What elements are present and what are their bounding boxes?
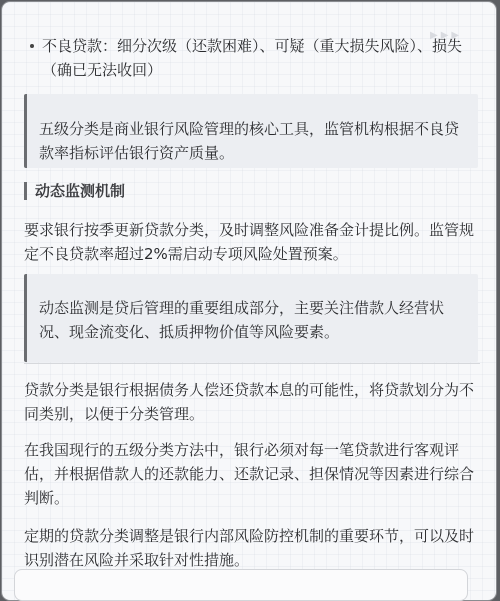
list-item: 不良贷款：细分次级（还款困难）、可疑（重大损失风险）、损失（确已无法收回） [28,34,490,82]
blockquote-text: 动态监测是贷后管理的重要组成部分，主要关注借款人经营状况、现金流变化、抵质押物价… [39,299,444,341]
bullet-icon [30,44,34,48]
paragraph: 要求银行按季更新贷款分类，及时调整风险准备金计提比例。监管规定不良贷款率超过2%… [24,218,480,266]
paragraph: 定期的贷款分类调整是银行内部风险防控机制的重要环节，可以及时识别潜在风险并采取针… [24,524,480,572]
list-item-text: 不良贷款：细分次级（还款困难）、可疑（重大损失风险）、损失（确已无法收回） [42,37,462,79]
divider [24,363,480,364]
paragraph: 贷款分类是银行根据债务人偿还贷款本息的可能性，将贷款划分为不同类别，以便于分类管… [24,378,480,426]
blockquote: 五级分类是商业银行风险管理的核心工具，监管机构根据不良贷款率指标评估银行资产质量… [24,94,478,168]
blockquote: 动态监测是贷后管理的重要组成部分，主要关注借款人经营状况、现金流变化、抵质押物价… [24,274,478,362]
section-heading: 动态监测机制 [24,182,125,200]
paragraph: 在我国现行的五级分类方法中，银行必须对每一笔贷款进行客观评估，并根据借款人的还款… [24,438,480,510]
document-frame: ▶▶▶ 不良贷款：细分次级（还款困难）、可疑（重大损失风险）、损失（确已无法收回… [1,1,497,572]
blockquote-text: 五级分类是商业银行风险管理的核心工具，监管机构根据不良贷款率指标评估银行资产质量… [39,120,459,162]
